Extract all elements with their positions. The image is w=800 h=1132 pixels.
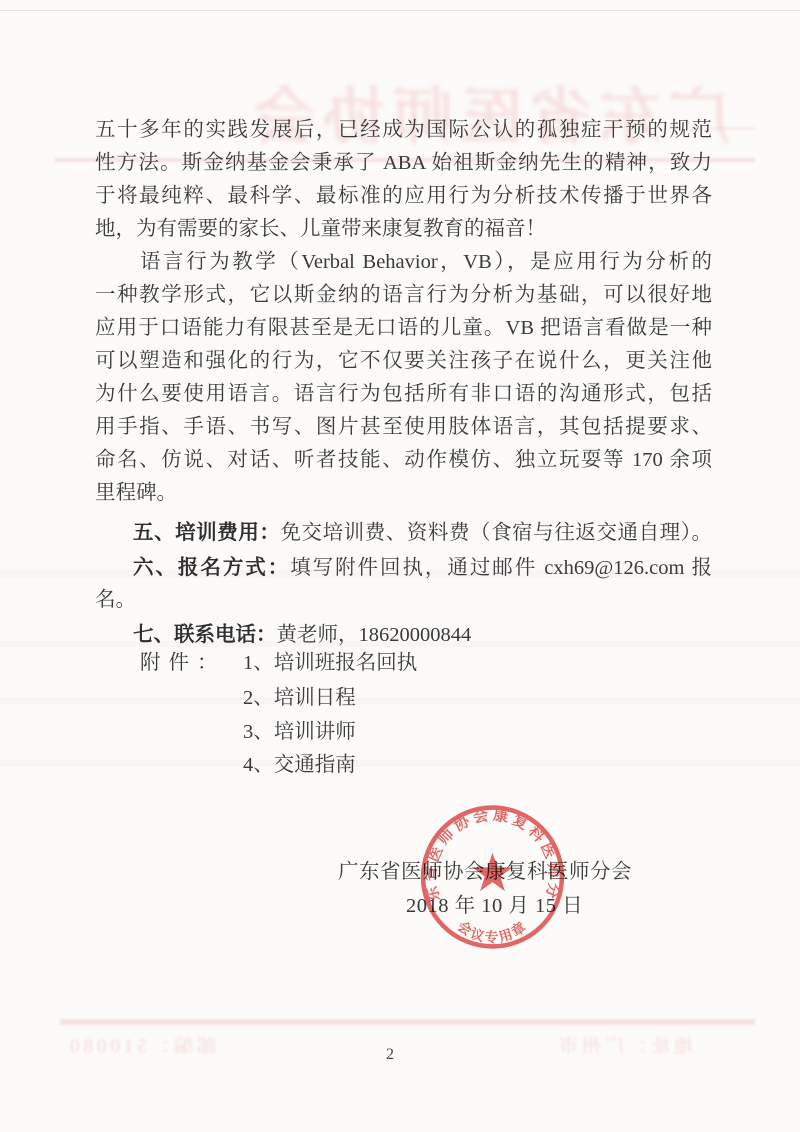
body-line: 语言行为教学（Verbal Behavior，VB），是应用行为分析的	[95, 248, 712, 276]
body-line: 里程碑。	[95, 479, 712, 507]
bleedthrough-rule-bottom	[60, 1019, 755, 1025]
section-text: 填写附件回执，通过邮件 cxh69@126.com 报	[290, 557, 712, 579]
section-text: 免交培训费、资料费（食宿与往返交通自理）。	[280, 522, 712, 544]
section-registration: 六、报名方式：填写附件回执，通过邮件 cxh69@126.com 报	[95, 554, 712, 582]
body-line: 可以塑造和强化的行为，它不仅要关注孩子在说什么，更关注他	[95, 347, 712, 375]
attachment-item: 1、培训班报名回执	[243, 649, 417, 677]
page-number: 2	[386, 1046, 394, 1064]
section-label: 六、报名方式：	[133, 557, 290, 579]
seal-ring-text: 广东省医师协会康复科医师分会	[415, 801, 563, 904]
section-registration-continuation: 名。	[95, 586, 712, 614]
official-seal: 广东省医师协会康复科医师分会 会议专用章	[415, 801, 570, 953]
body-line: 为什么要使用语言。语言行为包括所有非口语的沟通形式，包括	[95, 380, 712, 408]
scan-edge-line	[0, 10, 800, 11]
body-line: 命名、仿说、对话、听者技能、动作模仿、独立玩耍等 170 余项	[95, 446, 712, 474]
body-line: 性方法。斯金纳基金会秉承了 ABA 始祖斯金纳先生的精神，致力	[95, 149, 712, 177]
scan-streak	[0, 697, 800, 704]
body-line: 于将最纯粹、最科学、最标准的应用行为分析技术传播于世界各	[95, 182, 712, 210]
body-line: 用手指、手语、书写、图片甚至使用肢体语言，其包括提要求、	[95, 413, 712, 441]
section-contact-phone: 七、联系电话：黄老师，18620000844	[95, 621, 712, 649]
attachment-item: 2、培训日程	[243, 684, 356, 712]
attachment-item: 4、交通指南	[243, 751, 356, 779]
scan-streak	[0, 760, 800, 767]
bleedthrough-footer-zipcode: 邮编：510080	[66, 1031, 216, 1058]
body-line: 地，为有需要的家长、儿童带来康复教育的福音！	[95, 215, 712, 243]
svg-text:广东省医师协会康复科医师分会: 广东省医师协会康复科医师分会	[415, 801, 563, 904]
scanned-document-page: 广东省医师协会 邮编：510080 地址：广州市 五十多年的实践发展后，已经成为…	[0, 0, 800, 1132]
section-label: 七、联系电话：	[133, 624, 277, 646]
bleedthrough-footer-address: 地址：广州市	[555, 1031, 693, 1058]
attachment-item: 3、培训讲师	[243, 718, 356, 746]
body-line: 五十多年的实践发展后，已经成为国际公认的孤独症干预的规范	[95, 116, 712, 144]
body-line: 一种教学形式，它以斯金纳的语言行为分析为基础，可以很好地	[95, 281, 712, 309]
section-text: 黄老师，18620000844	[277, 624, 472, 646]
star-icon	[472, 853, 513, 892]
section-training-fee: 五、培训费用：免交培训费、资料费（食宿与往返交通自理）。	[95, 519, 712, 547]
attachments-label: 附件：	[140, 649, 226, 677]
body-line: 应用于口语能力有限甚至是无口语的儿童。VB 把语言看做是一种	[95, 314, 712, 342]
section-label: 五、培训费用：	[133, 522, 280, 544]
